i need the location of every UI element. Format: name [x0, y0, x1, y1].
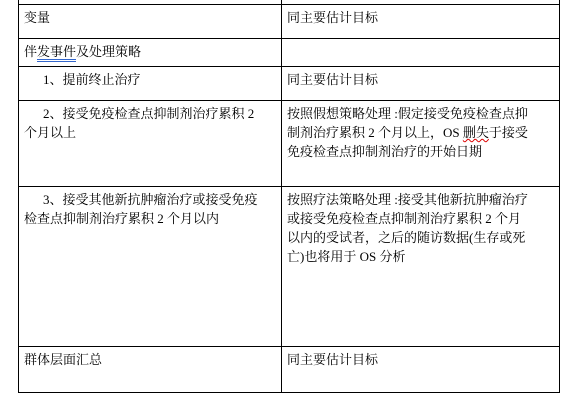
event-3-strategy-cell: 按照疗法策略处理 :接受其他新抗肿瘤治疗 或接受免疫检查点抑制剂治疗累积 2 个…: [282, 187, 560, 347]
event-2-strategy-cell: 按照假想策略处理 :假定接受免疫检查点抑 制剂治疗累积 2 个月以上，OS 删失…: [282, 101, 560, 187]
table-row-event-2: 2、接受免疫检查点抑制剂治疗累积 2 个月以上 按照假想策略处理 :假定接受免疫…: [19, 101, 560, 187]
variable-label-cell: 变量: [19, 5, 282, 39]
table-row-variable: 变量 同主要估计目标: [19, 5, 560, 39]
event-2-label-cell: 2、接受免疫检查点抑制剂治疗累积 2 个月以上: [19, 101, 282, 187]
table-row-event-3: 3、接受其他新抗肿瘤治疗或接受免疫 检查点抑制剂治疗累积 2 个月以内 按照疗法…: [19, 187, 560, 347]
clipped-bottom-cell-left: 群体层面汇总: [19, 347, 282, 357]
intercurrent-events-header-empty-cell: [282, 39, 560, 67]
event-1-strategy-cell: 同主要估计目标: [282, 67, 560, 101]
grammar-check-underline: 发事件: [37, 44, 76, 62]
event-3-label-cell: 3、接受其他新抗肿瘤治疗或接受免疫 检查点抑制剂治疗累积 2 个月以内: [19, 187, 282, 347]
spell-check-underline: 删失: [463, 125, 489, 140]
intercurrent-events-header-cell: 伴发事件及处理策略: [19, 39, 282, 67]
event-1-label-cell: 1、提前终止治疗: [19, 67, 282, 101]
table-row-event-1: 1、提前终止治疗 同主要估计目标: [19, 67, 560, 101]
variable-value-cell: 同主要估计目标: [282, 5, 560, 39]
estimand-table: 变量 同主要估计目标 伴发事件及处理策略 1、提前终止治疗 同主要估计目标 2、…: [18, 0, 560, 356]
table-row-clipped-bottom: 群体层面汇总 同主要估计目标: [19, 347, 560, 357]
table-row-intercurrent-events-header: 伴发事件及处理策略: [19, 39, 560, 67]
clipped-bottom-cell-right: 同主要估计目标: [282, 347, 560, 357]
